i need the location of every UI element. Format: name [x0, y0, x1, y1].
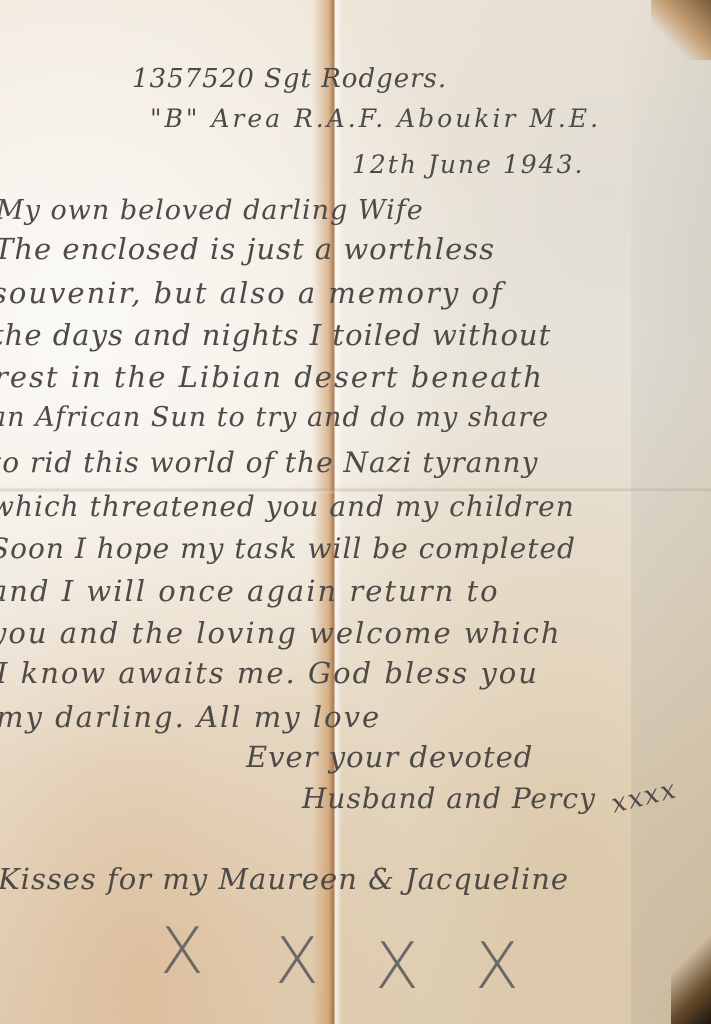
- body-line-9: and I will once again return to: [0, 574, 500, 608]
- closing-signature: Husband and Percy: [302, 782, 596, 815]
- body-line-7: which threatened you and my children: [0, 490, 575, 523]
- kiss-x-3: X: [375, 930, 419, 1004]
- kiss-x-1: X: [160, 915, 204, 989]
- body-line-5: an African Sun to try and do my share: [0, 402, 549, 433]
- letter-date: 12th June 1943.: [352, 150, 584, 179]
- torn-corner-bottom-right: [671, 934, 711, 1024]
- right-edge-fold: [631, 0, 711, 1024]
- body-line-8: Soon I hope my task will be completed: [0, 532, 576, 565]
- salutation: My own beloved darling Wife: [0, 195, 424, 226]
- sender-unit-location: "B" Area R.A.F. Aboukir M.E.: [150, 104, 601, 133]
- body-line-3: the days and nights I toiled without: [0, 318, 551, 352]
- closing-line-1: Ever your devoted: [246, 740, 533, 774]
- torn-corner-top-right: [651, 0, 711, 60]
- body-line-10: you and the loving welcome which: [0, 616, 562, 650]
- kiss-x-2: X: [275, 925, 319, 999]
- body-line-1: The enclosed is just a worthless: [0, 232, 495, 266]
- sender-service-number-name: 1357520 Sgt Rodgers.: [132, 64, 447, 94]
- body-line-4: rest in the Libian desert beneath: [0, 360, 544, 394]
- kiss-x-4: X: [475, 930, 519, 1004]
- body-line-6: to rid this world of the Nazi tyranny: [0, 446, 538, 479]
- postscript: Kisses for my Maureen & Jacqueline: [0, 862, 569, 896]
- body-line-2: souvenir, but also a memory of: [0, 276, 504, 310]
- body-line-11: I know awaits me. God bless you: [0, 656, 539, 690]
- body-line-12: my darling. All my love: [0, 700, 381, 734]
